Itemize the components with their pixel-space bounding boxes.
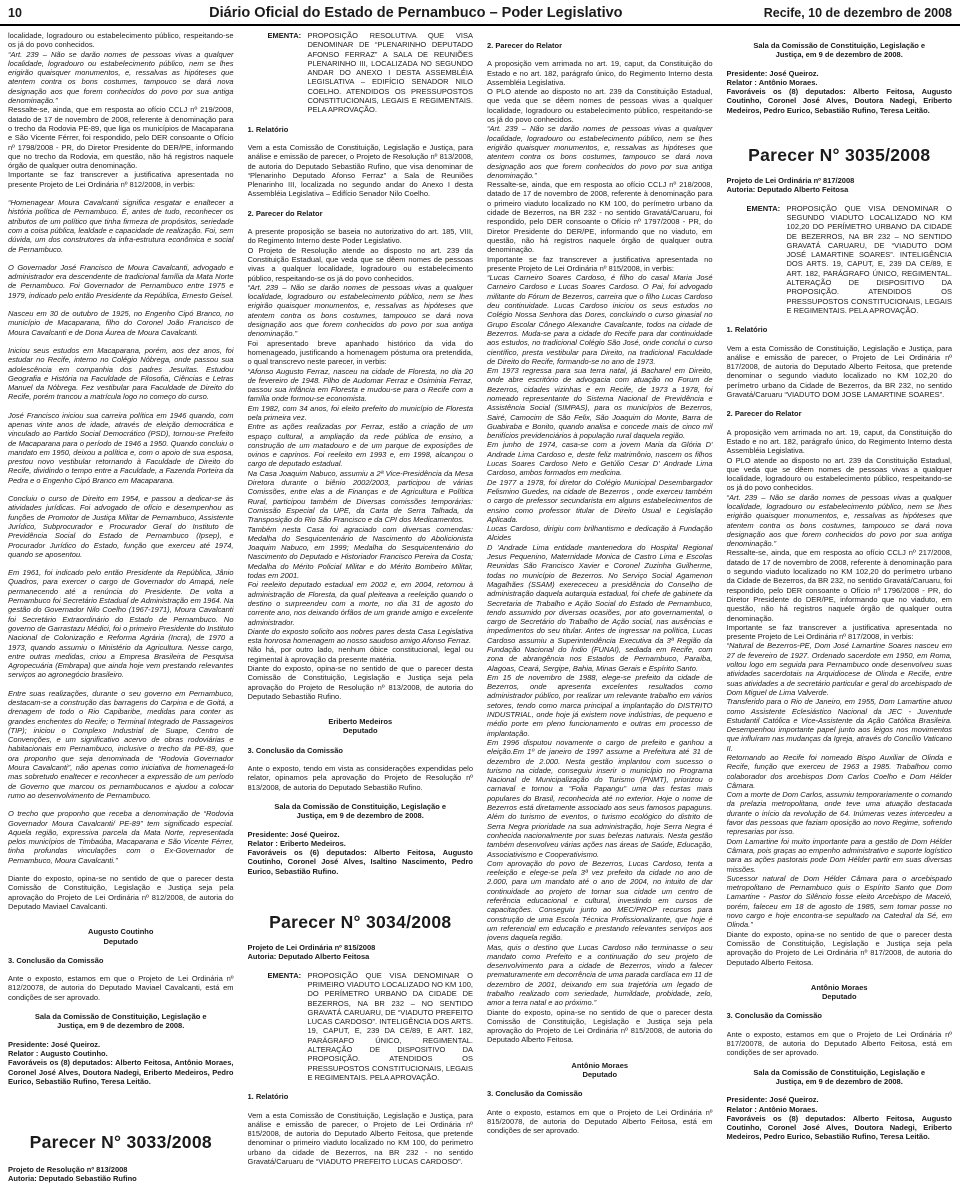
committee-bold-line: Relator : Augusto Coutinho. xyxy=(8,1049,234,1058)
proposition-meta: Autoria: Deputado Sebastião Rufino xyxy=(8,1174,234,1183)
spacer xyxy=(248,876,474,912)
edition-date: Recife, 10 de dezembro de 2008 xyxy=(764,6,952,20)
spacer xyxy=(8,800,234,809)
spacer xyxy=(248,933,474,943)
quoted-paragraph: Também nesta Casa foi agraciado com dive… xyxy=(248,525,474,581)
committee-bold-line: Presidente: José Queiroz. xyxy=(727,69,953,78)
section-heading: 2. Parecer do Relator xyxy=(487,41,713,50)
spacer xyxy=(727,195,953,204)
paragraph: Ressalte-se, ainda, que em resposta ao o… xyxy=(8,105,234,170)
spacer xyxy=(727,166,953,176)
section-heading: 3. Conclusão da Comissão xyxy=(487,1089,713,1098)
quoted-paragraph: Em junho de 1974, casa-se com a jovem Ma… xyxy=(487,440,713,477)
quoted-paragraph: José Francisco iniciou sua carreira polí… xyxy=(8,411,234,485)
paragraph: Ressalte-se, ainda, que em resposta ao o… xyxy=(727,548,953,622)
paragraph: Diante do exposto, opina-se no sentido d… xyxy=(727,930,953,967)
committee-bold-line: Presidente: José Queiroz. xyxy=(727,1095,953,1104)
page-header: 10 Diário Oficial do Estado de Pernambuc… xyxy=(0,0,960,26)
ementa-text: PROPOSIÇÃO QUE VISA DENOMINAR O SEGUNDO … xyxy=(787,204,953,316)
paragraph: Vem a esta Comissão de Constituição, Leg… xyxy=(248,143,474,199)
section-heading: 1. Relatório xyxy=(248,125,474,134)
quoted-paragraph: Iniciou seus estudos em Macaparana, poré… xyxy=(8,346,234,402)
spacer xyxy=(8,337,234,346)
quoted-paragraph: “Art. 239 – Não se darão nomes de pessoa… xyxy=(487,124,713,180)
paragraph: A proposição vem arrimada no art. 19, ca… xyxy=(727,428,953,456)
ementa-label: EMENTA: xyxy=(268,31,308,115)
column-1: localidade, logradouro ou estabeleciment… xyxy=(8,31,234,1191)
ementa-label: EMENTA: xyxy=(747,204,787,316)
paragraph: Ante o exposto, estamos em que o Projeto… xyxy=(487,1108,713,1136)
quoted-paragraph: Em 1973 regressa para sua terra natal, j… xyxy=(487,366,713,440)
quoted-paragraph: Entre as ações realizadas por Ferraz, es… xyxy=(248,422,474,468)
quoted-paragraph: Concluiu o curso de Direito em 1954, e p… xyxy=(8,494,234,559)
column-3: 2. Parecer do RelatorA proposição vem ar… xyxy=(487,31,713,1191)
committee-bold-line: Relator : Eriberto Medeiros. xyxy=(248,839,474,848)
committee-bold-line: Favoráveis os (8) deputados: Alberto Fei… xyxy=(8,1058,234,1086)
spacer xyxy=(8,680,234,689)
committee-bold-line: Presidente: José Queiroz. xyxy=(8,1040,234,1049)
quoted-paragraph: Transferido para o Rio de Janeiro, em 19… xyxy=(727,697,953,753)
proposition-meta: Projeto de Lei Ordinária nº 817/2008 xyxy=(727,176,953,185)
quoted-paragraph: Sucessor natural de Dom Hélder Câmara pa… xyxy=(727,874,953,930)
committee-bold-line: Favoráveis os (6) deputados: Alberto Fei… xyxy=(248,848,474,876)
paragraph: Ante o exposto, estamos em que o Projeto… xyxy=(727,1030,953,1058)
signature-block: Augusto Coutinho Deputado xyxy=(8,927,234,946)
spacer xyxy=(8,402,234,411)
committee-session-line: Sala da Comissão de Constituição, Legisl… xyxy=(8,1012,234,1031)
quoted-paragraph: Em 1982, com 34 anos, foi eleito prefeit… xyxy=(248,404,474,423)
parecer-title: Parecer N° 3034/2008 xyxy=(248,912,474,933)
section-heading: 2. Parecer do Relator xyxy=(248,209,474,218)
quoted-paragraph: De 1977 a 1978, foi diretor do Colégio M… xyxy=(487,478,713,524)
ementa-block: EMENTA:PROPOSIÇÃO RESOLUTIVA QUE VISA DE… xyxy=(268,31,474,115)
section-heading: 3. Conclusão da Comissão xyxy=(727,1011,953,1020)
paragraph: localidade, logradouro ou estabeleciment… xyxy=(8,31,234,50)
paragraph: Vem a esta Comissão de Constituição, Leg… xyxy=(727,344,953,400)
gazette-title: Diário Oficial do Estado de Pernambuco –… xyxy=(68,5,764,21)
page-number: 10 xyxy=(8,6,68,20)
quoted-paragraph: Foi reeleito deputado estadual em 2002 e… xyxy=(248,580,474,626)
quoted-paragraph: Com a morte de Dom Carlos, assumiu tempo… xyxy=(727,790,953,836)
quoted-paragraph: “Natural de Bezerros-PE, Dom José Lamart… xyxy=(727,641,953,697)
ementa-block: EMENTA:PROPOSIÇÃO QUE VISA DENOMINAR O P… xyxy=(268,971,474,1083)
section-heading: 1. Relatório xyxy=(248,1092,474,1101)
paragraph: O Projeto de Resolução atende ao dispost… xyxy=(248,246,474,283)
ementa-label: EMENTA: xyxy=(268,971,308,1083)
quoted-paragraph: Lucas Cardoso, dirigiu com brilhantismo … xyxy=(487,524,713,543)
paragraph: Não há, por outro lado, nenhum óbice con… xyxy=(248,645,474,664)
signature-block: Antônio Moraes Deputado xyxy=(487,1061,713,1080)
columns-container: localidade, logradouro ou estabeleciment… xyxy=(0,26,960,1191)
quoted-paragraph: Diante do exposto solicito aos nobres pa… xyxy=(248,627,474,646)
paragraph: Diante do exposto, opina-se no sentido d… xyxy=(248,664,474,701)
committee-session-line: Sala da Comissão de Constituição, Legisl… xyxy=(727,1068,953,1087)
ementa-text: PROPOSIÇÃO QUE VISA DENOMINAR O PRIMEIRO… xyxy=(308,971,474,1083)
quoted-paragraph: Dom Lamartine foi muito importante para … xyxy=(727,837,953,874)
paragraph: Importante se faz transcrever a justific… xyxy=(8,170,234,189)
committee-bold-line: Favoráveis os (8) deputados: Alberto Fei… xyxy=(727,87,953,115)
paragraph: O PLO atende ao disposto no art. 239 da … xyxy=(487,87,713,124)
section-heading: 1. Relatório xyxy=(727,325,953,334)
ementa-block: EMENTA:PROPOSIÇÃO QUE VISA DENOMINAR O S… xyxy=(747,204,953,316)
quoted-paragraph: “Afonso Augusto Ferraz, nasceu na cidade… xyxy=(248,367,474,404)
quoted-paragraph: O Governador José Francisco de Moura Cav… xyxy=(8,263,234,300)
quoted-paragraph: Em 1996 disputou novamente o cargo de pr… xyxy=(487,738,713,859)
paragraph: Foi apresentado breve apanhado histórico… xyxy=(248,339,474,367)
spacer xyxy=(8,300,234,309)
proposition-meta: Projeto de Resolução nº 813/2008 xyxy=(8,1165,234,1174)
spacer xyxy=(248,962,474,971)
spacer xyxy=(8,1153,234,1165)
committee-session-line: Sala da Comissão de Constituição, Legisl… xyxy=(248,802,474,821)
committee-session-line: Sala da Comissão de Constituição, Legisl… xyxy=(727,41,953,60)
quoted-paragraph: “Art. 239 – Não se darão nomes de pessoa… xyxy=(248,283,474,339)
paragraph: Diante do exposto, opina-se no sentido d… xyxy=(487,1008,713,1045)
parecer-title: Parecer N° 3035/2008 xyxy=(727,145,953,166)
paragraph: A proposição vem arrimada no art. 19, ca… xyxy=(487,59,713,87)
committee-bold-line: Relator : Antônio Moraes. xyxy=(727,1105,953,1114)
quoted-paragraph: O trecho que proponho que receba a denom… xyxy=(8,809,234,865)
column-4: Sala da Comissão de Constituição, Legisl… xyxy=(727,31,953,1191)
spacer xyxy=(8,559,234,568)
ementa-text: PROPOSIÇÃO RESOLUTIVA QUE VISA DENOMINAR… xyxy=(308,31,474,115)
parecer-title: Parecer N° 3033/2008 xyxy=(8,1132,234,1153)
section-heading: 2. Parecer do Relator xyxy=(727,409,953,418)
paragraph: Diante do exposto, opina-se no sentido d… xyxy=(8,874,234,911)
quoted-paragraph: “Art. 239 – Não se darão nomes de pessoa… xyxy=(727,493,953,549)
quoted-paragraph: “Lucas Carneiro Soares Cardoso, é filho … xyxy=(487,273,713,366)
paragraph: Ante o exposto, tendo em vista as consid… xyxy=(248,764,474,792)
section-heading: 3. Conclusão da Comissão xyxy=(8,956,234,965)
paragraph: Ante o exposto, estamos em que o Projeto… xyxy=(8,974,234,1002)
paragraph: Ressalte-se, ainda, que em resposta ao o… xyxy=(487,180,713,254)
quoted-paragraph: Entre suas realizações, durante o seu go… xyxy=(8,689,234,801)
quoted-paragraph: Em 1961, foi indicado pelo então Preside… xyxy=(8,568,234,680)
proposition-meta: Projeto de Lei Ordinária nº 815/2008 xyxy=(248,943,474,952)
paragraph: Importante se faz transcrever a justific… xyxy=(727,623,953,642)
signature-block: Antônio Moraes Deputado xyxy=(727,983,953,1002)
committee-bold-line: Presidente: José Queiroz. xyxy=(248,830,474,839)
paragraph: O PLO atende ao disposto no art. 239 da … xyxy=(727,456,953,493)
spacer xyxy=(8,865,234,874)
spacer xyxy=(8,1086,234,1132)
spacer xyxy=(8,254,234,263)
section-heading: 3. Conclusão da Comissão xyxy=(248,746,474,755)
quoted-paragraph: D 'Andrade Lima entidade mantenedora do … xyxy=(487,543,713,673)
spacer xyxy=(8,189,234,198)
proposition-meta: Autoria: Deputado Alberto Feitosa xyxy=(727,185,953,194)
quoted-paragraph: “Homenagear Moura Cavalcanti significa r… xyxy=(8,198,234,254)
quoted-paragraph: Mas, quis o destino que Lucas Cardoso nã… xyxy=(487,943,713,1008)
paragraph: A presente proposição se baseia no autor… xyxy=(248,227,474,246)
committee-bold-line: Relator : Antônio Moraes. xyxy=(727,78,953,87)
paragraph: Vem a esta Comissão de Constituição, Leg… xyxy=(248,1111,474,1167)
spacer xyxy=(8,485,234,494)
quoted-paragraph: Nasceu em 30 de outubro de 1925, no Enge… xyxy=(8,309,234,337)
spacer xyxy=(727,115,953,145)
committee-bold-line: Favoráveis os (8) deputados: Alberto Fei… xyxy=(727,1114,953,1142)
paragraph: Importante se faz transcrever a justific… xyxy=(487,255,713,274)
quoted-paragraph: Em 15 de novembro de 1988, elege-se pref… xyxy=(487,673,713,738)
quoted-paragraph: Com aprovação do povo de Bezerros, Lucas… xyxy=(487,859,713,943)
quoted-paragraph: “Art. 239 – Não se darão nomes de pessoa… xyxy=(8,50,234,106)
quoted-paragraph: Na Casa Joaquim Nabuco, assumiu a 2ª Vic… xyxy=(248,469,474,525)
signature-block: Eriberto Medeiros Deputado xyxy=(248,717,474,736)
proposition-meta: Autoria: Deputado Alberto Feitosa xyxy=(248,952,474,961)
quoted-paragraph: Retornando ao Recife foi nomeado Bispo A… xyxy=(727,753,953,790)
column-2: EMENTA:PROPOSIÇÃO RESOLUTIVA QUE VISA DE… xyxy=(248,31,474,1191)
gazette-page: 10 Diário Oficial do Estado de Pernambuc… xyxy=(0,0,960,1199)
